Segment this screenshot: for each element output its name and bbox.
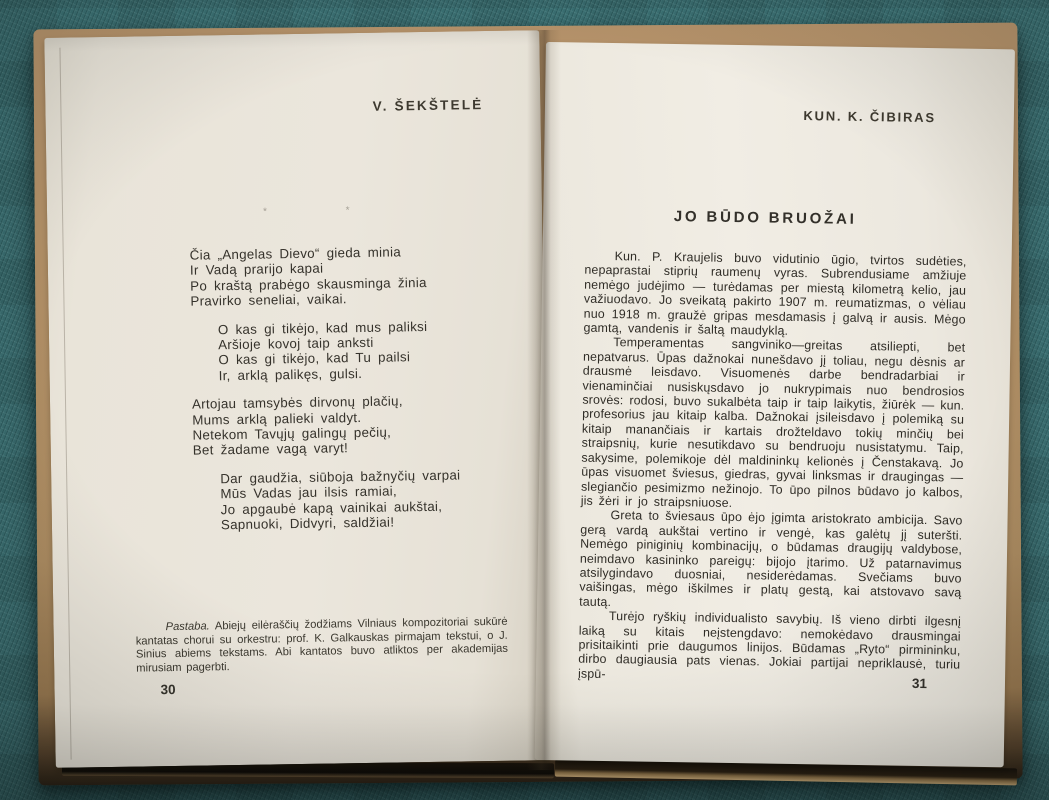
poem-line: Pravirko seneliai, vaikai. — [190, 290, 457, 310]
poem-line: Sapnuoki, Didvyri, saldžiai! — [221, 514, 461, 533]
page-number-left: 30 — [160, 682, 175, 697]
poem-stanza: Artojau tamsybės dirvonų plačių, Mums ar… — [192, 393, 460, 459]
poem-stanza: Čia „Angelas Dievo“ gieda minia Ir Vadą … — [190, 243, 458, 309]
body-text: Kun. P. Kraujelis buvo vidutinio ūgio, t… — [578, 249, 967, 687]
poem-line: Bet žadame vagą varyt! — [193, 439, 460, 459]
footnote-lead: Pastaba. — [165, 620, 209, 633]
paragraph: Greta to šviesaus ūpo ėjo įgimta aristok… — [579, 508, 963, 615]
right-page: KUN. K. ČIBIRAS JO BŪDO BRUOŽAI Kun. P. … — [535, 42, 1015, 767]
page-number-right: 31 — [912, 676, 927, 691]
paragraph: Temperamentas sangviniko—greitas atsilie… — [581, 335, 966, 514]
poem-stanza: O kas gi tikėjo, kad mus paliksi Aršioje… — [191, 318, 459, 384]
footnote: Pastaba. Abiejų eilėraščių žodžiams Viln… — [135, 616, 508, 676]
left-page-author: V. ŠEKŠTELĖ — [373, 97, 484, 114]
paragraph: Kun. P. Kraujelis buvo vidutinio ūgio, t… — [583, 249, 966, 341]
poem-line: Ir, arklą palikęs, gulsi. — [219, 364, 459, 383]
right-page-author: KUN. K. ČIBIRAS — [803, 108, 936, 125]
poem: Čia „Angelas Dievo“ gieda minia Ir Vadą … — [190, 243, 462, 546]
chapter-title: JO BŪDO BRUOŽAI — [583, 207, 947, 230]
poem-stanza: Dar gaudžia, siūboja bažnyčių varpai Mūs… — [193, 467, 461, 533]
page-inner-edge-line — [59, 48, 71, 760]
paragraph: Turėjo ryškių individualisto savybių. Iš… — [578, 609, 961, 687]
photo-of-open-book: { "left_page": { "header": "V. ŠEKŠTELĖ"… — [0, 0, 1049, 800]
ornament-marks: * * — [263, 205, 388, 218]
left-page: V. ŠEKŠTELĖ * * Čia „Angelas Dievo“ gied… — [44, 30, 550, 768]
